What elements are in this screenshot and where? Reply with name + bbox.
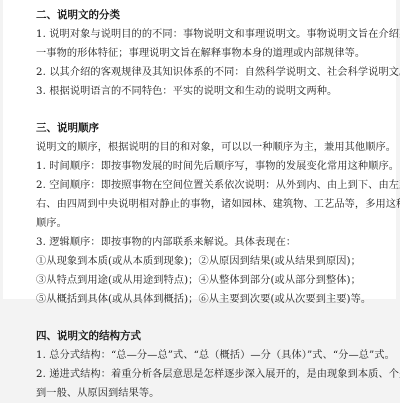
- paragraph-line: 2. 以其介绍的客观规律及其知识体系的不同：自然科学说明文、社会科学说明文。: [36, 63, 376, 82]
- document-content: 二、说明文的分类 1. 说明对象与说明目的的不同：事物说明文和事理说明文。事物说…: [36, 6, 376, 299]
- paragraph-line: 1. 说明对象与说明目的的不同：事物说明文和事理说明文。事物说明文旨在介绍某: [36, 25, 376, 44]
- paragraph-line: 一事物的形体特征；事理说明文旨在解释事物本身的道理或内部规律等。: [36, 44, 376, 63]
- document-page: 二、说明文的分类 1. 说明对象与说明目的的不同：事物说明文和事理说明文。事物说…: [3, 0, 396, 299]
- paragraph-line: 3. 根据说明语言的不同特色：平实的说明文和生动的说明文两种。: [36, 82, 376, 101]
- section-heading-order: 三、说明顺序: [36, 119, 376, 138]
- paragraph-line: ③从特点到用途(或从用途到特点)；④从整体到部分(或从部分到整体)；: [36, 271, 376, 290]
- section-heading-classification: 二、说明文的分类: [36, 6, 376, 25]
- paragraph-line: 顺序。: [36, 214, 376, 233]
- paragraph-line: 说明文的顺序，根据说明的目的和对象，可以以一种顺序为主，兼用其他顺序。: [36, 138, 376, 157]
- paragraph-line: 3. 逻辑顺序：即按事物的内部联系来解说。具体表现在：: [36, 233, 376, 252]
- section-gap: [36, 101, 376, 119]
- paragraph-line: 右、由四周到中央说明相对静止的事物，诸如园林、建筑物、工艺品等，多用这种: [36, 195, 376, 214]
- paragraph-line: ⑤从概括到具体(或从具体到概括)；⑥从主要到次要(或从次要到主要)等。: [36, 290, 376, 299]
- paragraph-line: 2. 空间顺序：即按照事物在空间位置关系依次说明：从外到内、由上到下、由左到: [36, 176, 376, 195]
- paragraph-line: ①从现象到本质(或从本质到现象)；②从原因到结果(或从结果到原因)；: [36, 252, 376, 271]
- paragraph-line: 1. 时间顺序：即按事物发展的时间先后顺序写，事物的发展变化常用这种顺序。: [36, 157, 376, 176]
